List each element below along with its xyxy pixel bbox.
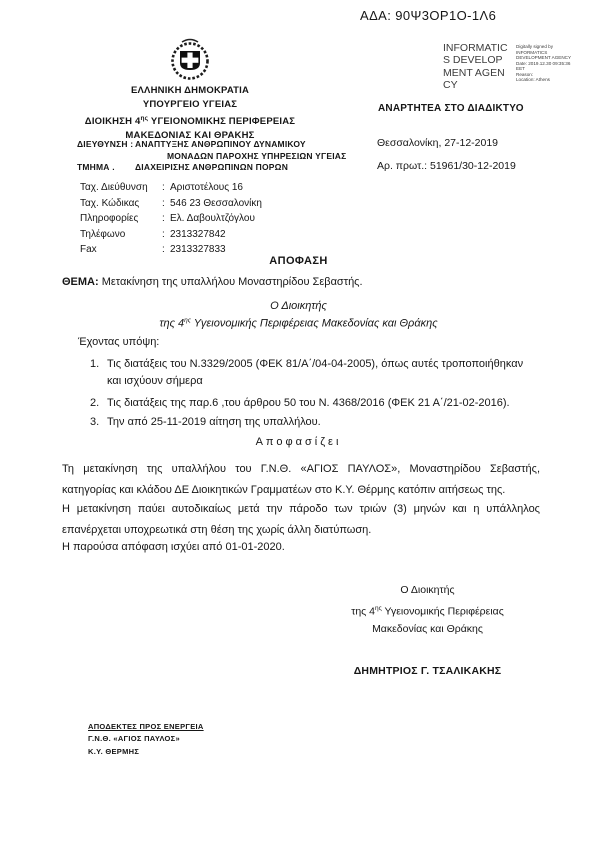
letterhead-line-republic: ΕΛΛΗΝΙΚΗ ΔΗΜΟΚΡΑΤΙΑ — [60, 84, 320, 98]
item-text: Την από 25-11-2019 αίτηση της υπαλλήλου. — [107, 414, 321, 431]
legal-basis-item-3: 3. Την από 25-11-2019 αίτηση της υπαλλήλ… — [90, 414, 540, 431]
item-text: Τις διατάξεις του Ν.3329/2005 (ΦΕΚ 81/Α΄… — [107, 356, 540, 390]
item-number: 1. — [90, 356, 107, 390]
letterhead: ΕΛΛΗΝΙΚΗ ΔΗΜΟΚΡΑΤΙΑ ΥΠΟΥΡΓΕΙΟ ΥΓΕΙΑΣ ΔΙΟ… — [60, 36, 320, 143]
contact-row-address: Ταχ. Διεύθυνση : Αριστοτέλους 16 — [80, 180, 262, 196]
subject-label: ΘΕΜΑ: — [62, 276, 99, 288]
legal-basis-item-1: 1. Τις διατάξεις του Ν.3329/2005 (ΦΕΚ 81… — [90, 356, 540, 390]
stamp-agency-name: INFORMATICS DEVELOPMENT AGENCY — [443, 42, 511, 92]
greek-national-emblem-icon — [167, 36, 213, 82]
department-direction-row2: ΜΟΝΑΔΩΝ ΠΑΡΟΧΗΣ ΥΠΗΡΕΣΙΩΝ ΥΓΕΙΑΣ — [77, 151, 387, 163]
department-direction-row: ΔΙΕΥΘΥΝΣΗ : ΑΝΑΠΤΥΞΗΣ ΑΝΘΡΩΠΙΝΟΥ ΔΥΝΑΜΙΚ… — [77, 139, 387, 151]
decision-document-page: ΑΔΑ: 90Ψ3ΟΡ1Ο-1Λ6 INFORMATICS DEVELOPMEN… — [0, 0, 595, 842]
direction-label: ΔΙΕΥΘΥΝΣΗ : — [77, 139, 135, 151]
contact-row-info: Πληροφορίες : Ελ. Δαβουλτζόγλου — [80, 211, 262, 227]
tmima-value: ΔΙΑΧΕΙΡΙΣΗΣ ΑΝΘΡΩΠΙΝΩΝ ΠΟΡΩΝ — [135, 162, 288, 174]
contact-block: Ταχ. Διεύθυνση : Αριστοτέλους 16 Ταχ. Κώ… — [80, 180, 262, 258]
decides-heading: Αποφασίζει — [62, 436, 535, 448]
subject-text: Μετακίνηση της υπαλλήλου Μοναστηρίδου Σε… — [99, 276, 363, 288]
item-number: 3. — [90, 414, 107, 431]
recipients-heading: ΑΠΟΔΕΚΤΕΣ ΠΡΟΣ ΕΝΕΡΓΕΙΑ — [88, 721, 204, 733]
authority-line1: Ο Διοικητής — [62, 300, 535, 312]
direction-value-line2: ΜΟΝΑΔΩΝ ΠΑΡΟΧΗΣ ΥΠΗΡΕΣΙΩΝ ΥΓΕΙΑΣ — [135, 151, 346, 163]
digital-signature-stamp: INFORMATICS DEVELOPMENT AGENCY Digitally… — [443, 42, 586, 92]
item-text: Τις διατάξεις της παρ.6 ,του άρθρου 50 τ… — [107, 395, 510, 412]
having-regard-label: Έχοντας υπόψη: — [78, 336, 159, 348]
authority-line2: της 4ης Υγειονομικής Περιφέρειας Μακεδον… — [62, 317, 535, 330]
signature-region: Μακεδονίας και Θράκης — [320, 621, 535, 639]
letterhead-line-administration: ΔΙΟΙΚΗΣΗ 4ης ΥΓΕΙΟΝΟΜΙΚΗΣ ΠΕΡΙΦΕΡΕΙΑΣ — [60, 112, 320, 129]
signature-title: Ο Διοικητής — [320, 582, 535, 600]
signature-block: Ο Διοικητής της 4ης Υγειονομικής Περιφέρ… — [320, 582, 535, 638]
signature-authority: της 4ης Υγειονομικής Περιφέρειας — [320, 600, 535, 621]
subject-line: ΘΕΜΑ: Μετακίνηση της υπαλλήλου Μοναστηρί… — [62, 276, 540, 288]
protocol-number: Αρ. πρωτ.: 51961/30-12-2019 — [377, 160, 516, 172]
decision-title: ΑΠΟΦΑΣΗ — [62, 255, 535, 267]
decision-paragraph-2: Η μετακίνηση παύει αυτοδικαίως μετά την … — [62, 499, 540, 541]
contact-row-postcode: Ταχ. Κώδικας : 546 23 Θεσσαλονίκη — [80, 196, 262, 212]
item-number: 2. — [90, 395, 107, 412]
contact-row-phone: Τηλέφωνο : 2313327842 — [80, 227, 262, 243]
letterhead-line-ministry: ΥΠΟΥΡΓΕΙΟ ΥΓΕΙΑΣ — [60, 98, 320, 112]
stamp-signature-details: Digitally signed by INFORMATICS DEVELOPM… — [516, 42, 586, 92]
recipients-block: ΑΠΟΔΕΚΤΕΣ ΠΡΟΣ ΕΝΕΡΓΕΙΑ Γ.Ν.Θ. «ΑΓΙΟΣ ΠΑ… — [88, 721, 204, 758]
tmima-label: ΤΜΗΜΑ . — [77, 162, 135, 174]
decision-paragraph-3: Η παρούσα απόφαση ισχύει από 01-01-2020. — [62, 537, 482, 558]
department-block: ΔΙΕΥΘΥΝΣΗ : ΑΝΑΠΤΥΞΗΣ ΑΝΘΡΩΠΙΝΟΥ ΔΥΝΑΜΙΚ… — [77, 139, 387, 174]
recipient-health-center: Κ.Υ. ΘΕΡΜΗΣ — [88, 746, 204, 758]
legal-basis-item-2: 2. Τις διατάξεις της παρ.6 ,του άρθρου 5… — [90, 395, 540, 412]
publish-notice: ΑΝΑΡΤΗΤΕΑ ΣΤΟ ΔΙΑΔΙΚΤΥΟ — [378, 103, 524, 114]
stamp-detail-line: Location: Athens — [516, 77, 586, 83]
direction-value-line1: ΑΝΑΠΤΥΞΗΣ ΑΝΘΡΩΠΙΝΟΥ ΔΥΝΑΜΙΚΟΥ — [135, 139, 306, 151]
signatory-name: ΔΗΜΗΤΡΙΟΣ Γ. ΤΣΑΛΙΚΑΚΗΣ — [320, 665, 535, 677]
place-and-date: Θεσσαλονίκη, 27-12-2019 — [377, 137, 498, 149]
department-tmima-row: ΤΜΗΜΑ . ΔΙΑΧΕΙΡΙΣΗΣ ΑΝΘΡΩΠΙΝΩΝ ΠΟΡΩΝ — [77, 162, 387, 174]
ada-code: ΑΔΑ: 90Ψ3ΟΡ1Ο-1Λ6 — [360, 8, 560, 23]
decision-paragraph-1: Τη μετακίνηση της υπαλλήλου του Γ.Ν.Θ. «… — [62, 459, 540, 501]
recipient-hospital: Γ.Ν.Θ. «ΑΓΙΟΣ ΠΑΥΛΟΣ» — [88, 733, 204, 745]
